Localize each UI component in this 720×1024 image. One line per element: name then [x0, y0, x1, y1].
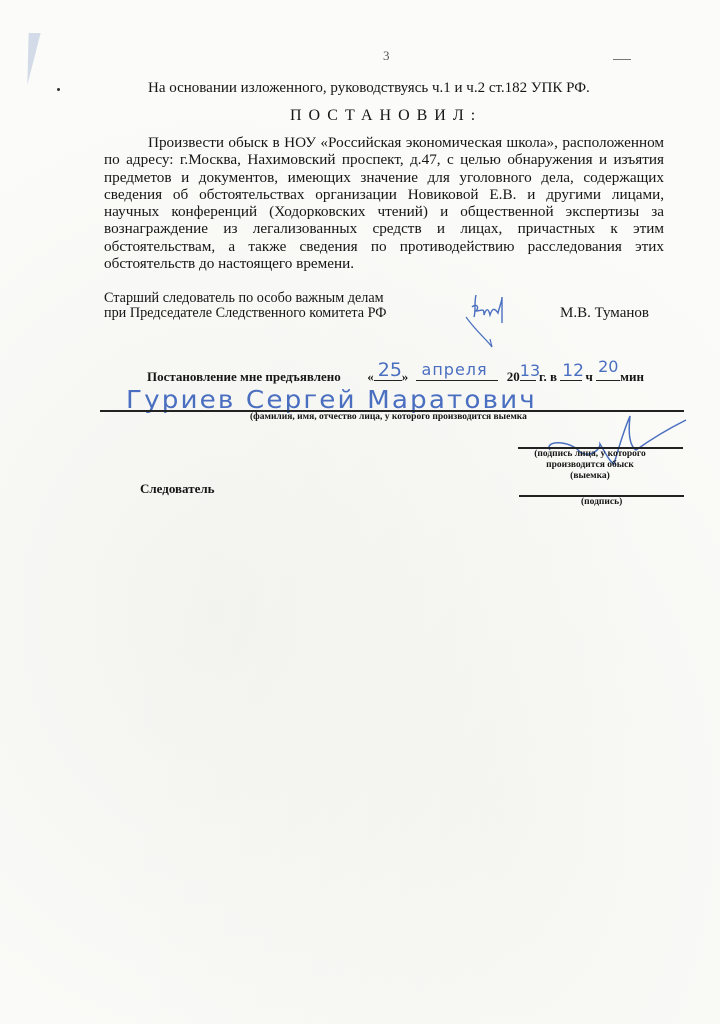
day-field[interactable]: 25 — [374, 367, 402, 381]
hour-value: 12 — [562, 361, 584, 381]
person-name-caption: (фамилия, имя, отчество лица, у которого… — [250, 412, 527, 422]
scan-dot — [57, 88, 60, 91]
hour-unit: ч — [586, 369, 593, 384]
year-unit: г. в — [539, 369, 557, 384]
minute-value: 20 — [598, 357, 618, 376]
presentation-line: Постановление мне предъявлено «25» апрел… — [147, 367, 644, 385]
signer-title-line2: при Председателе Следственного комитета … — [104, 306, 386, 321]
decree-body: Произвести обыск в НОУ «Российская эконо… — [104, 134, 664, 272]
year-field[interactable]: 13 — [520, 367, 536, 381]
signer-name: М.В. Туманов — [560, 305, 649, 322]
intro-line: На основании изложенного, руководствуясь… — [148, 80, 590, 97]
year-prefix: 20 — [507, 369, 520, 384]
scan-dash — [613, 59, 631, 60]
month-value: апреля — [422, 360, 488, 379]
investigator-label: Следователь — [140, 481, 215, 497]
hour-field[interactable]: 12 — [560, 367, 582, 381]
signer-title: Старший следователь по особо важным дела… — [104, 291, 386, 320]
decree-heading: ПОСТАНОВИЛ: — [290, 107, 482, 125]
quote-close: » — [402, 369, 409, 384]
investigator-signature-caption: (подпись) — [581, 497, 622, 507]
page-number: 3 — [383, 48, 390, 64]
person-signature-caption: (подпись лица, у которого производится о… — [530, 449, 650, 482]
decree-body-text: Произвести обыск в НОУ «Российская эконо… — [104, 134, 664, 272]
year-value: 13 — [520, 361, 540, 380]
day-value: 25 — [378, 359, 402, 381]
month-field[interactable]: апреля — [416, 367, 498, 381]
presentation-label: Постановление мне предъявлено — [147, 369, 341, 384]
signer-signature-icon — [462, 293, 542, 353]
scan-margin-mark — [21, 33, 40, 85]
minute-unit: мин — [620, 369, 644, 384]
signer-title-line1: Старший следователь по особо важным дела… — [104, 291, 386, 306]
minute-field[interactable]: 20 — [596, 367, 620, 381]
